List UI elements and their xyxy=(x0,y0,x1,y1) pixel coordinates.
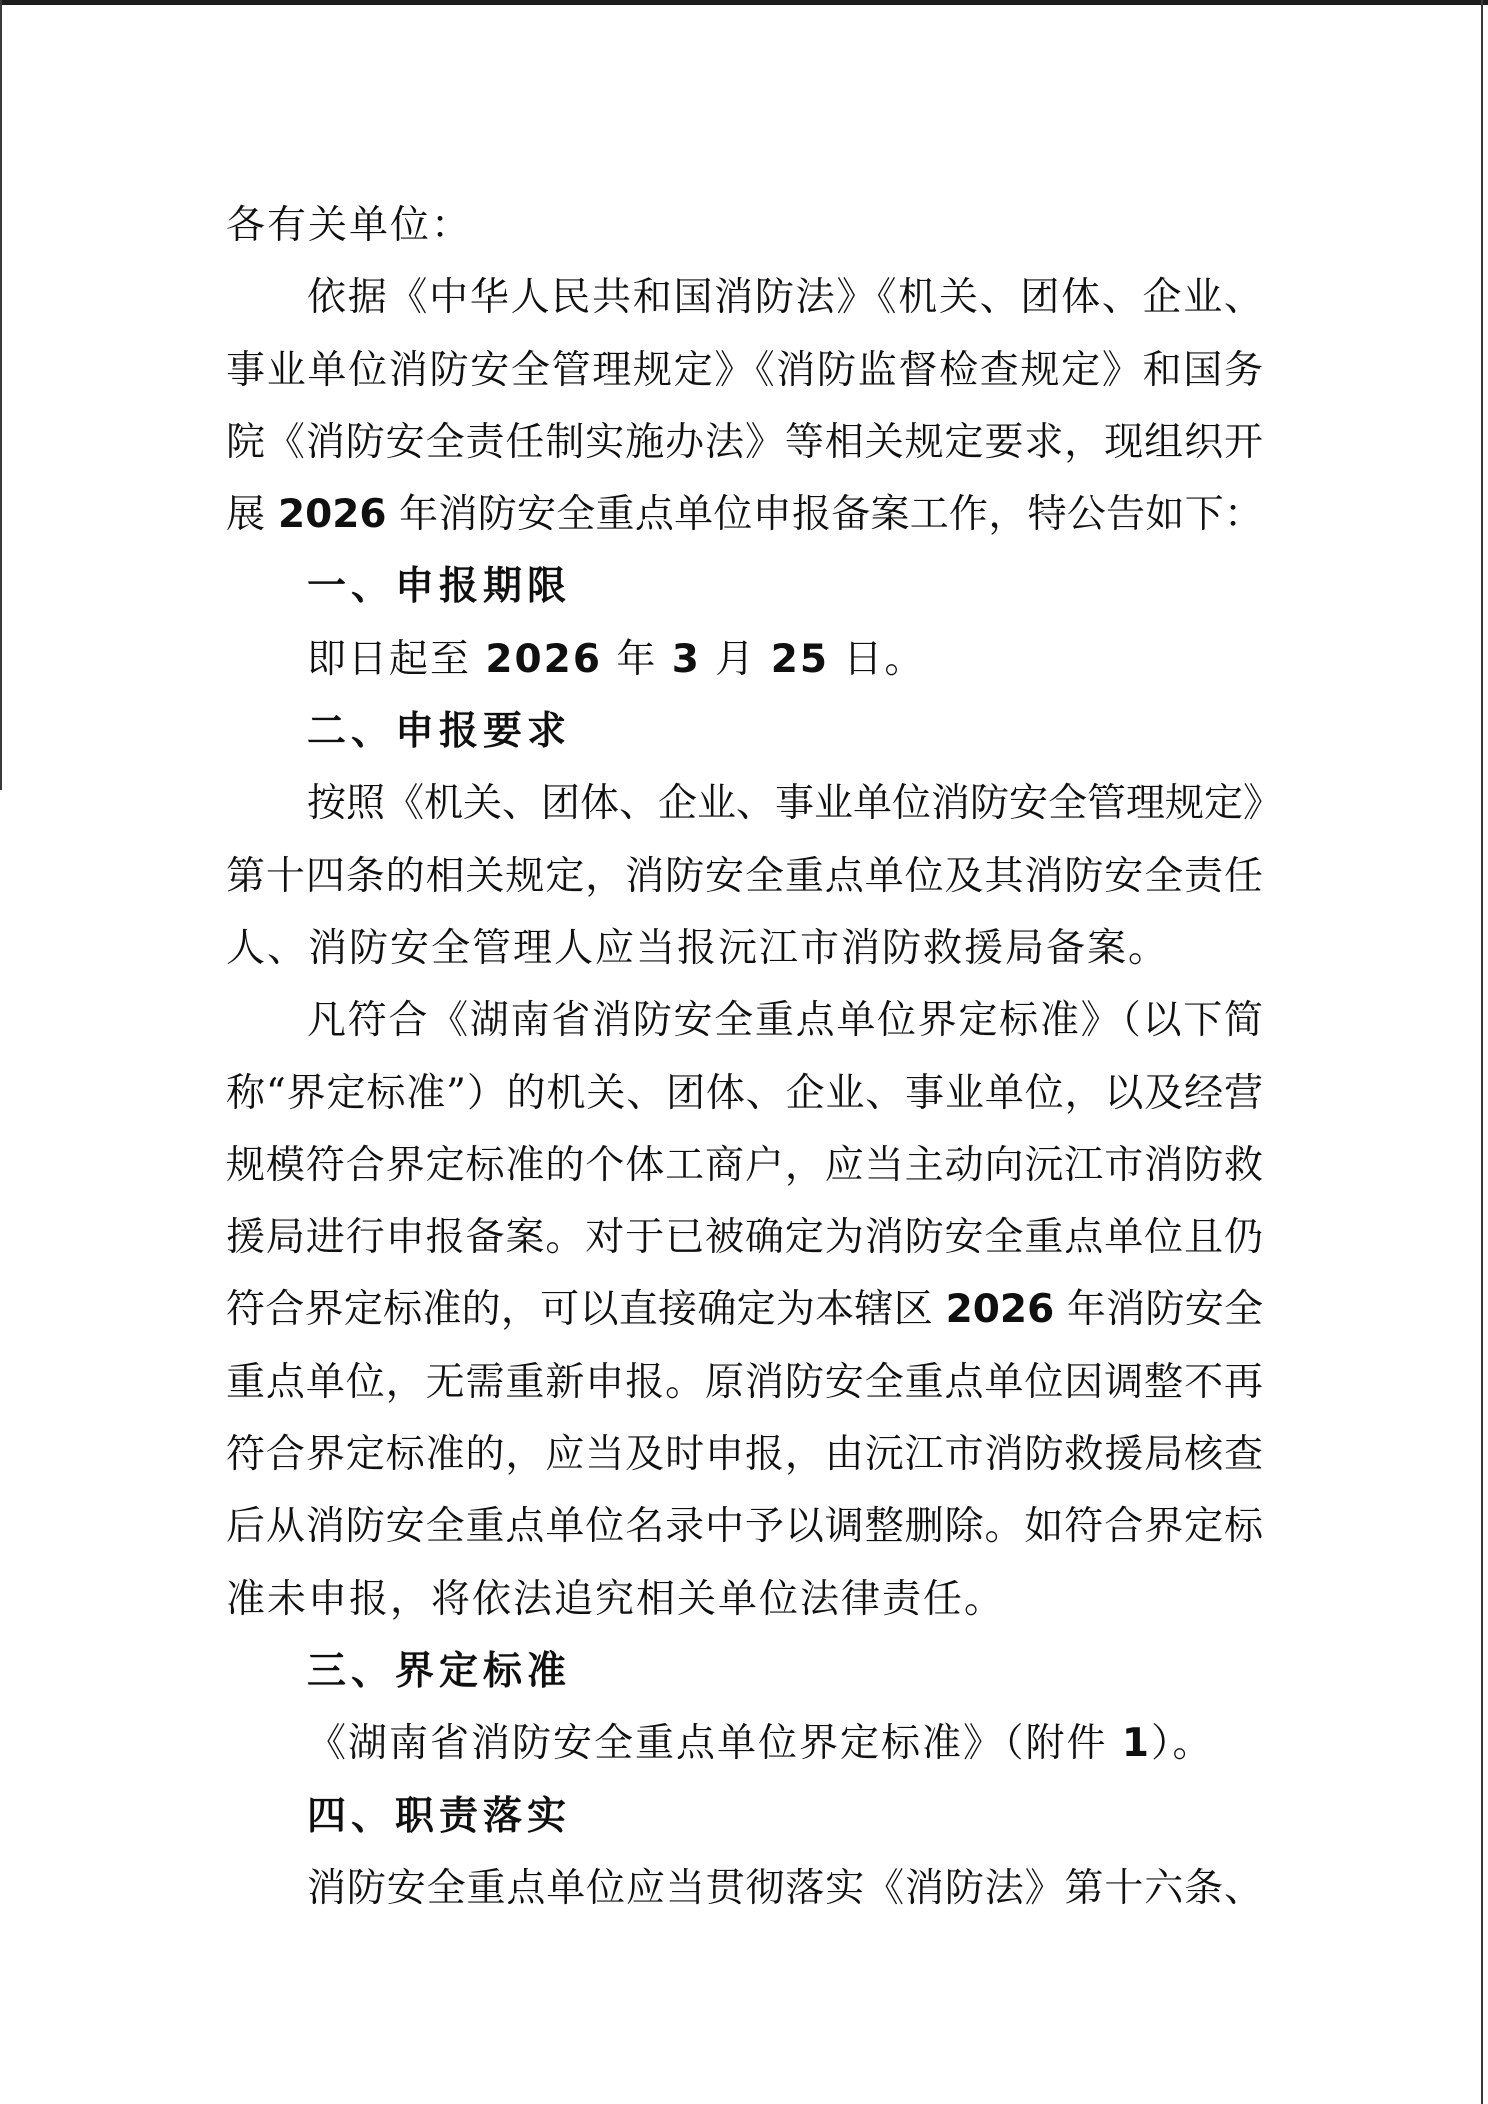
text-line: 事业单位消防安全管理规定》《消防监督检查规定》和国务 xyxy=(226,335,1263,407)
text-line: 准未申报，将依法追究相关单位法律责任。 xyxy=(226,1564,1263,1636)
text-line: 展 2026 年消防安全重点单位申报备案工作，特公告如下： xyxy=(226,479,1263,551)
text-line: 后从消防安全重点单位名录中予以调整删除。如符合界定标 xyxy=(226,1491,1263,1563)
section-heading: 一、申报期限 xyxy=(226,551,1263,623)
text-line: 人、消防安全管理人应当报沅江市消防救援局备案。 xyxy=(226,913,1263,985)
numeral: 25 xyxy=(771,637,829,682)
text-line: 按照《机关、团体、企业、事业单位消防安全管理规定》 xyxy=(226,768,1263,840)
text-line: 重点单位，无需重新申报。原消防安全重点单位因调整不再 xyxy=(226,1347,1263,1419)
text-line: 消防安全重点单位应当贯彻落实《消防法》第十六条、 xyxy=(226,1853,1263,1925)
text-line: 各有关单位： xyxy=(226,190,1263,262)
numeral: 2026 xyxy=(278,492,387,537)
numeral: 1 xyxy=(1122,1721,1151,1766)
section-heading: 三、界定标准 xyxy=(226,1636,1263,1708)
section-heading: 四、职责落实 xyxy=(226,1781,1263,1853)
text-line: 凡符合《湖南省消防安全重点单位界定标准》（以下简 xyxy=(226,985,1263,1057)
text-line: 援局进行申报备案。对于已被确定为消防安全重点单位且仍 xyxy=(226,1202,1263,1274)
page-right-edge-line xyxy=(1481,0,1483,2104)
numeral: 2026 xyxy=(485,637,602,682)
text-line: 第十四条的相关规定，消防安全重点单位及其消防安全责任 xyxy=(226,841,1263,913)
text-line: 规模符合界定标准的个体工商户，应当主动向沅江市消防救 xyxy=(226,1130,1263,1202)
text-line: 称“界定标准”）的机关、团体、企业、事业单位，以及经营 xyxy=(226,1058,1263,1130)
text-line: 即日起至 2026 年 3 月 25 日。 xyxy=(226,624,1263,696)
text-line: 《湖南省消防安全重点单位界定标准》（附件 1）。 xyxy=(226,1708,1263,1780)
text-line: 符合界定标准的，可以直接确定为本辖区 2026 年消防安全 xyxy=(226,1274,1263,1346)
page-top-edge-line xyxy=(0,0,1488,5)
document-body: 各有关单位：依据《中华人民共和国消防法》《机关、团体、企业、事业单位消防安全管理… xyxy=(226,190,1263,1925)
numeral: 2026 xyxy=(946,1287,1055,1332)
text-line: 院《消防安全责任制实施办法》等相关规定要求，现组织开 xyxy=(226,407,1263,479)
page-left-edge-line xyxy=(0,0,2,790)
section-heading: 二、申报要求 xyxy=(226,696,1263,768)
numeral: 3 xyxy=(672,637,701,682)
text-line: 依据《中华人民共和国消防法》《机关、团体、企业、 xyxy=(226,262,1263,334)
text-line: 符合界定标准的，应当及时申报，由沅江市消防救援局核查 xyxy=(226,1419,1263,1491)
document-page: 各有关单位：依据《中华人民共和国消防法》《机关、团体、企业、事业单位消防安全管理… xyxy=(0,0,1488,2104)
